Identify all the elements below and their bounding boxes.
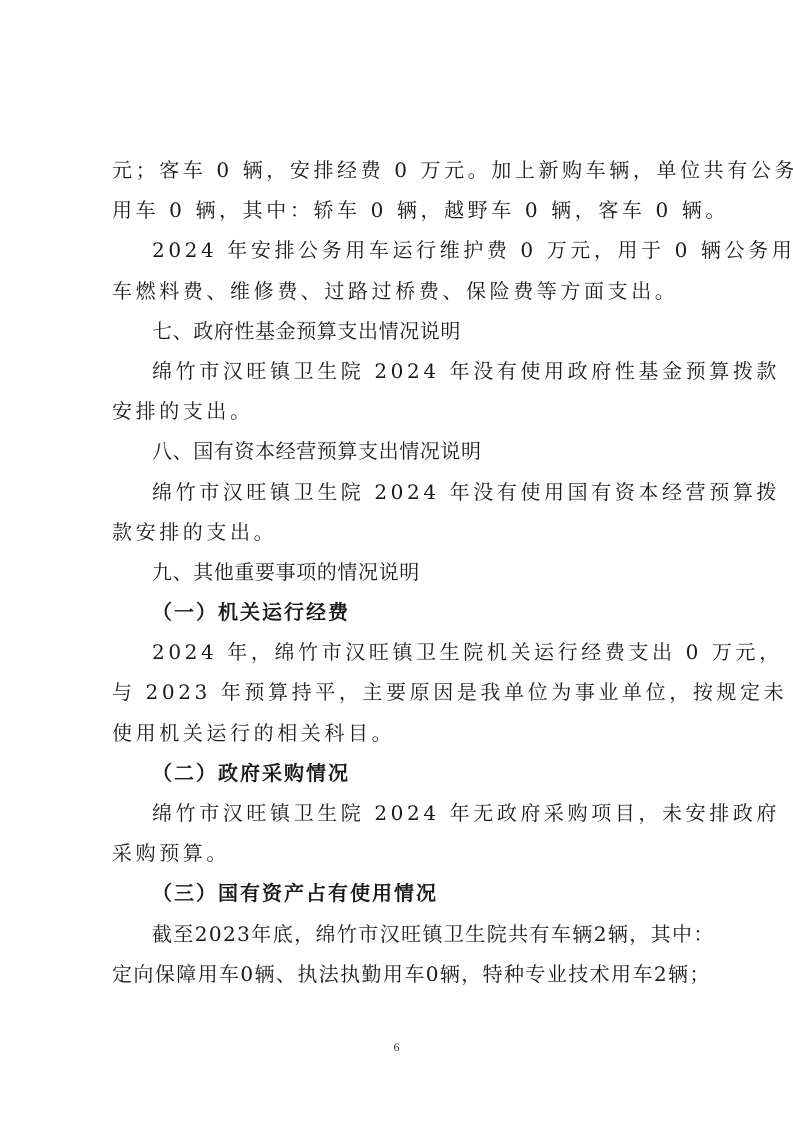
section-heading-other-matters: 九、其他重要事项的情况说明 [112, 552, 690, 592]
body-line-continuation: 元；客车 0 辆，安排经费 0 万元。加上新购车辆，单位共有公务 [112, 150, 690, 190]
body-line-procurement: 绵竹市汉旺镇卫生院 2024 年无政府采购项目，未安排政府 [112, 793, 690, 833]
subsection-heading-state-assets: （三）国有资产占有使用情况 [112, 873, 690, 913]
body-line-state-capital-end: 款安排的支出。 [112, 512, 690, 552]
subsection-heading-operating-expenses: （一）机关运行经费 [112, 592, 690, 632]
section-heading-government-fund: 七、政府性基金预算支出情况说明 [112, 311, 690, 351]
subsection-heading-procurement: （二）政府采购情况 [112, 753, 690, 793]
body-line-government-fund-end: 安排的支出。 [112, 391, 690, 431]
section-heading-state-capital: 八、国有资本经营预算支出情况说明 [112, 431, 690, 471]
body-line-vehicle-count: 用车 0 辆，其中：轿车 0 辆，越野车 0 辆，客车 0 辆。 [112, 190, 690, 230]
body-line-operating-expenses-end: 使用机关运行的相关科目。 [112, 713, 690, 753]
document-page: 元；客车 0 辆，安排经费 0 万元。加上新购车辆，单位共有公务 用车 0 辆，… [112, 150, 690, 994]
body-line-state-capital: 绵竹市汉旺镇卫生院 2024 年没有使用国有资本经营预算拨 [112, 472, 690, 512]
body-line-procurement-end: 采购预算。 [112, 833, 690, 873]
body-line-fee-items: 车燃料费、维修费、过路过桥费、保险费等方面支出。 [112, 271, 690, 311]
body-line-operating-expenses-reason: 与 2023 年预算持平，主要原因是我单位为事业单位，按规定未 [112, 672, 690, 712]
body-line-state-assets: 截至2023年底，绵竹市汉旺镇卫生院共有车辆2辆，其中： [112, 914, 690, 954]
body-line-maintenance-fee: 2024 年安排公务用车运行维护费 0 万元，用于 0 辆公务用 [112, 230, 690, 270]
body-line-government-fund: 绵竹市汉旺镇卫生院 2024 年没有使用政府性基金预算拨款 [112, 351, 690, 391]
page-number: 6 [0, 1040, 793, 1055]
body-line-state-assets-vehicles: 定向保障用车0辆、执法执勤用车0辆，特种专业技术用车2辆； [112, 954, 690, 994]
body-line-operating-expenses: 2024 年，绵竹市汉旺镇卫生院机关运行经费支出 0 万元， [112, 632, 690, 672]
